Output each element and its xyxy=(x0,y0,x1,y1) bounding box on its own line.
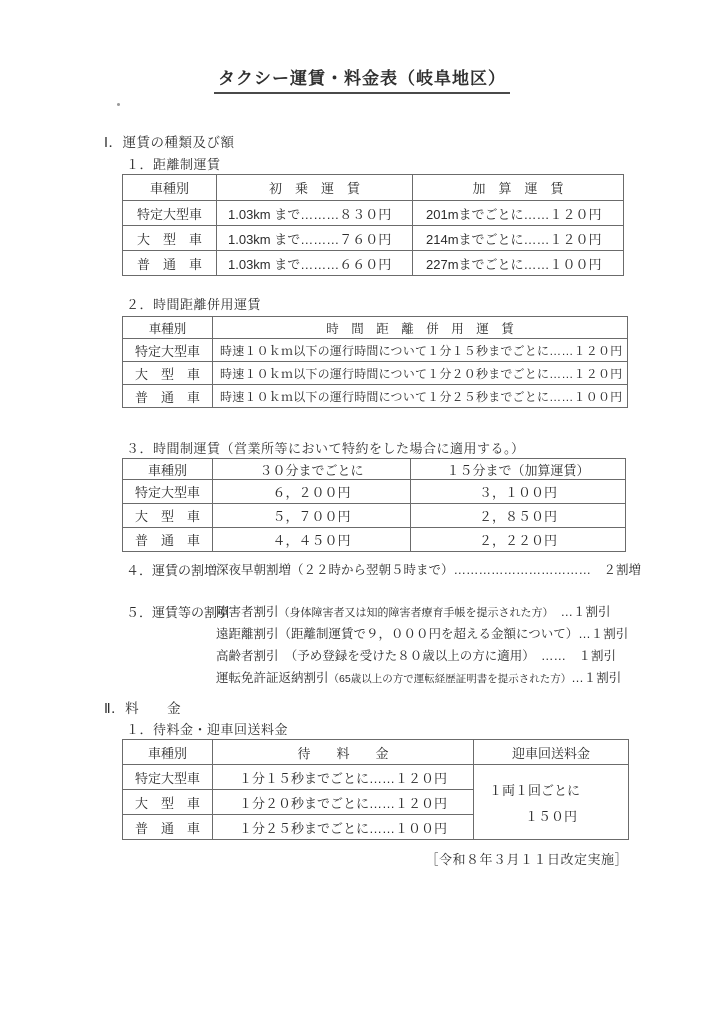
discount-rate: …… １割引 xyxy=(529,649,617,663)
column-header-vehicle-type: 車種別 xyxy=(123,740,213,765)
discount-line-disabled: 障害者割引（身体障害者又は知的障害者療育手帳を提示された方） …１割引 xyxy=(216,602,611,620)
section-heading-fares: Ⅰ．運賃の種類及び額 xyxy=(104,131,234,151)
vehicle-type-cell: 普 通 車 xyxy=(123,385,213,408)
waiting-charge-cell: １分１５秒までごとに……１２０円 xyxy=(213,765,474,790)
discounts-label: ５．運賃等の割引 xyxy=(126,602,230,621)
distance-fare-table: 車種別 初 乗 運 賃 加 算 運 賃 特定大型車 1.03km まで………８３… xyxy=(122,174,624,276)
vehicle-type-cell: 特定大型車 xyxy=(123,765,213,790)
scan-speck xyxy=(117,103,120,106)
table-row: 大 型 車 時速１０ｋｍ以下の運行時間について１分２０秒までごとに……１２０円 xyxy=(123,362,628,385)
subsection-heading-time-distance-fare: ２．時間距離併用運賃 xyxy=(126,294,261,313)
page-title-text: タクシー運賃・料金表（岐阜地区） xyxy=(214,64,510,94)
column-header-vehicle-type: 車種別 xyxy=(123,459,213,480)
column-header-initial-fare: 初 乗 運 賃 xyxy=(217,175,413,201)
discount-text: 運転免許証返納割引 xyxy=(216,671,329,685)
vehicle-type-cell: 特定大型車 xyxy=(123,480,213,504)
column-header-added-fare: 加 算 運 賃 xyxy=(413,175,624,201)
initial-fare-cell: 1.03km まで………８３０円 xyxy=(217,201,413,226)
per-30min-cell: ４，４５０円 xyxy=(213,528,411,552)
subsection-heading-time-based-fare: ３．時間制運賃（営業所等において特約をした場合に適用する。） xyxy=(126,438,525,457)
table-row: 特定大型車 1.03km まで………８３０円 201mまでごとに……１２０円 xyxy=(123,201,624,226)
pickup-charge-merged-cell: １両１回ごとに １５０円 xyxy=(474,765,629,840)
page-title: タクシー運賃・料金表（岐阜地区） xyxy=(0,64,724,94)
discount-line-license-return: 運転免許証返納割引（65歳以上の方で運転経歴証明書を提示された方）…１割引 xyxy=(216,668,621,686)
time-distance-fare-cell: 時速１０ｋｍ以下の運行時間について１分１５秒までごとに……１２０円 xyxy=(213,339,628,362)
column-header-per-30min: ３０分までごとに xyxy=(213,459,411,480)
revision-date-text: ［令和８年３月１１日改定実施］ xyxy=(425,852,628,867)
added-fare-cell: 201mまでごとに……１２０円 xyxy=(413,201,624,226)
column-header-time-distance-fare: 時 間 距 離 併 用 運 賃 xyxy=(213,317,628,339)
subsection-heading-waiting-charge: １．待料金・迎車回送料金 xyxy=(126,719,288,738)
table-header-row: 車種別 初 乗 運 賃 加 算 運 賃 xyxy=(123,175,624,201)
discount-line-senior: 高齢者割引 （予め登録を受けた８０歳以上の方に適用） …… １割引 xyxy=(216,646,616,664)
table-header-row: 車種別 待 料 金 迎車回送料金 xyxy=(123,740,629,765)
scanned-document-page: タクシー運賃・料金表（岐阜地区） Ⅰ．運賃の種類及び額 １．距離制運賃 車種別 … xyxy=(0,0,724,1024)
discount-rate: …１割引 xyxy=(548,605,611,619)
time-distance-fare-cell: 時速１０ｋｍ以下の運行時間について１分２５秒までごとに……１００円 xyxy=(213,385,628,408)
vehicle-type-cell: 大 型 車 xyxy=(123,226,217,251)
discount-text: 高齢者割引 （予め登録を受けた８０歳以上の方に適用） xyxy=(216,649,529,663)
surcharge-label: ４．運賃の割増 xyxy=(126,560,217,579)
waiting-charge-cell: １分２５秒までごとに……１００円 xyxy=(213,815,474,840)
initial-fare-cell: 1.03km まで………７６０円 xyxy=(217,226,413,251)
column-header-per-15min: １５分まで（加算運賃） xyxy=(411,459,626,480)
time-distance-fare-cell: 時速１０ｋｍ以下の運行時間について１分２０秒までごとに……１２０円 xyxy=(213,362,628,385)
per-15min-cell: ３，１００円 xyxy=(411,480,626,504)
table-row: 大 型 車 1.03km まで………７６０円 214mまでごとに……１２０円 xyxy=(123,226,624,251)
discount-rate: …１割引 xyxy=(578,627,628,641)
table-row: 普 通 車 1.03km まで………６６０円 227mまでごとに……１００円 xyxy=(123,251,624,276)
waiting-charge-cell: １分２０秒までごとに……１２０円 xyxy=(213,790,474,815)
discount-condition: （身体障害者又は知的障害者療育手帳を提示された方） xyxy=(279,607,549,619)
pickup-charge-unit: １両１回ごとに xyxy=(474,780,628,799)
discount-condition: （65歳以上の方で運転経歴証明書を提示された方） xyxy=(329,673,572,685)
discount-line-long-distance: 遠距離割引（距離制運賃で９，０００円を超える金額について）…１割引 xyxy=(216,624,628,642)
pickup-charge-amount: １５０円 xyxy=(474,806,628,825)
time-distance-fare-table: 車種別 時 間 距 離 併 用 運 賃 特定大型車 時速１０ｋｍ以下の運行時間に… xyxy=(122,316,628,408)
table-row: 特定大型車 ６，２００円 ３，１００円 xyxy=(123,480,626,504)
per-15min-cell: ２，２２０円 xyxy=(411,528,626,552)
table-header-row: 車種別 ３０分までごとに １５分まで（加算運賃） xyxy=(123,459,626,480)
revision-date-note: ［令和８年３月１１日改定実施］ xyxy=(122,849,628,869)
time-based-fare-table: 車種別 ３０分までごとに １５分まで（加算運賃） 特定大型車 ６，２００円 ３，… xyxy=(122,458,626,552)
added-fare-cell: 227mまでごとに……１００円 xyxy=(413,251,624,276)
discount-rate: …１割引 xyxy=(571,671,621,685)
per-30min-cell: ６，２００円 xyxy=(213,480,411,504)
vehicle-type-cell: 普 通 車 xyxy=(123,528,213,552)
table-row: 特定大型車 １分１５秒までごとに……１２０円 １両１回ごとに １５０円 xyxy=(123,765,629,790)
per-15min-cell: ２，８５０円 xyxy=(411,504,626,528)
vehicle-type-cell: 大 型 車 xyxy=(123,362,213,385)
column-header-pickup-charge: 迎車回送料金 xyxy=(474,740,629,765)
discount-text: 遠距離割引（距離制運賃で９，０００円を超える金額について） xyxy=(216,627,578,641)
waiting-pickup-charge-table: 車種別 待 料 金 迎車回送料金 特定大型車 １分１５秒までごとに……１２０円 … xyxy=(122,739,629,840)
per-30min-cell: ５，７００円 xyxy=(213,504,411,528)
table-row: 大 型 車 ５，７００円 ２，８５０円 xyxy=(123,504,626,528)
table-header-row: 車種別 時 間 距 離 併 用 運 賃 xyxy=(123,317,628,339)
subsection-heading-distance-fare: １．距離制運賃 xyxy=(126,154,221,173)
vehicle-type-cell: 大 型 車 xyxy=(123,790,213,815)
vehicle-type-cell: 特定大型車 xyxy=(123,339,213,362)
discount-text: 障害者割引 xyxy=(216,605,279,619)
added-fare-cell: 214mまでごとに……１２０円 xyxy=(413,226,624,251)
vehicle-type-cell: 特定大型車 xyxy=(123,201,217,226)
vehicle-type-cell: 大 型 車 xyxy=(123,504,213,528)
column-header-waiting-charge: 待 料 金 xyxy=(213,740,474,765)
table-row: 普 通 車 ４，４５０円 ２，２２０円 xyxy=(123,528,626,552)
surcharge-text: 深夜早朝割増（２２時から翌朝５時まで）…………………………… ２割増 xyxy=(216,560,641,578)
initial-fare-cell: 1.03km まで………６６０円 xyxy=(217,251,413,276)
table-row: 普 通 車 時速１０ｋｍ以下の運行時間について１分２５秒までごとに……１００円 xyxy=(123,385,628,408)
table-row: 特定大型車 時速１０ｋｍ以下の運行時間について１分１５秒までごとに……１２０円 xyxy=(123,339,628,362)
vehicle-type-cell: 普 通 車 xyxy=(123,251,217,276)
column-header-vehicle-type: 車種別 xyxy=(123,317,213,339)
column-header-vehicle-type: 車種別 xyxy=(123,175,217,201)
vehicle-type-cell: 普 通 車 xyxy=(123,815,213,840)
section-heading-charges: Ⅱ．料 金 xyxy=(104,697,181,717)
